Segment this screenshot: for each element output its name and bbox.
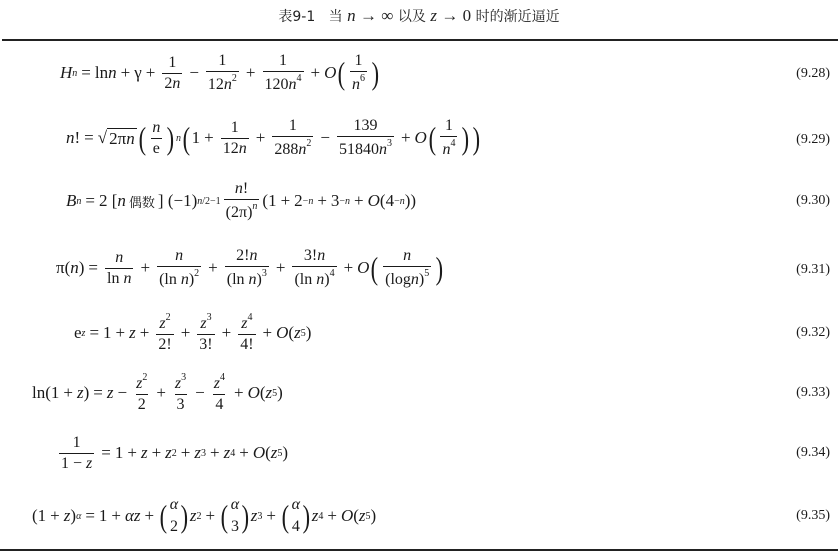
equation-exponential: ez=1+z+ z22!+ z33!+ z44!+ O(z5) [74, 308, 311, 358]
bottom-rule [0, 549, 838, 551]
equation-number: (9.30) [796, 193, 830, 209]
caption-text: 时的渐近逼近 [476, 9, 560, 25]
caption-arrow: → 0 [441, 6, 471, 25]
equation-row: Bn=2 [n偶数] (−1)n/2−1 n!(2π)n (1+2−n+3−n+… [0, 176, 838, 226]
caption-var-z: z [430, 6, 437, 25]
caption-text: 以及 [398, 9, 426, 25]
equation-number: (9.32) [796, 325, 830, 341]
equation-row: Hn=lnn+γ+ 12n− 112n2+ 1120n4+ O(1n6) (9.… [0, 46, 838, 100]
equation-row: (1+z)α=1+αz+ (α2)z2+ (α3)z3+ (α4)z4+ O(z… [0, 488, 838, 544]
equation-number: (9.33) [796, 385, 830, 401]
top-rule [2, 39, 838, 41]
equation-row: ez=1+z+ z22!+ z33!+ z44!+ O(z5) (9.32) [0, 308, 838, 358]
equation-number: (9.31) [796, 262, 830, 278]
equation-row: 11 − z=1+z+z2+z3+z4+O(z5) (9.34) [0, 428, 838, 478]
equation-harmonic: Hn=lnn+γ+ 12n− 112n2+ 1120n4+ O(1n6) [60, 48, 381, 98]
equation-row: ln(1+z)=z− z22+ z33− z44+ O(z5) (9.33) [0, 368, 838, 418]
even-label: 偶数 [129, 192, 155, 211]
equation-geometric: 11 − z=1+z+z2+z3+z4+O(z5) [56, 428, 288, 478]
equation-number: (9.29) [796, 132, 830, 148]
equation-bernoulli: Bn=2 [n偶数] (−1)n/2−1 n!(2π)n (1+2−n+3−n+… [66, 176, 416, 226]
equation-row: π(n)= nln n+ n(ln n)2+ 2!n(ln n)3+ 3!n(l… [0, 240, 838, 296]
caption-text: 当 [329, 9, 343, 25]
caption-label: 表9-1 [278, 9, 315, 25]
equation-binomial: (1+z)α=1+αz+ (α2)z2+ (α3)z3+ (α4)z4+ O(z… [32, 488, 376, 544]
equation-stirling: n!=√2πn (ne)n (1+ 112n+ 1288n2− 13951840… [66, 112, 482, 164]
equation-logarithm: ln(1+z)=z− z22+ z33− z44+ O(z5) [32, 368, 283, 418]
equation-number: (9.34) [796, 445, 830, 461]
equation-row: n!=√2πn (ne)n (1+ 112n+ 1288n2− 13951840… [0, 110, 838, 166]
equation-number: (9.28) [796, 66, 830, 82]
equation-number: (9.35) [796, 508, 830, 524]
caption-arrow: → ∞ [360, 6, 393, 25]
table-caption: 表9-1 当 n → ∞ 以及 z → 0 时的渐近逼近 [0, 6, 838, 26]
equation-prime-counting: π(n)= nln n+ n(ln n)2+ 2!n(ln n)3+ 3!n(l… [56, 242, 445, 294]
caption-var-n: n [347, 6, 356, 25]
